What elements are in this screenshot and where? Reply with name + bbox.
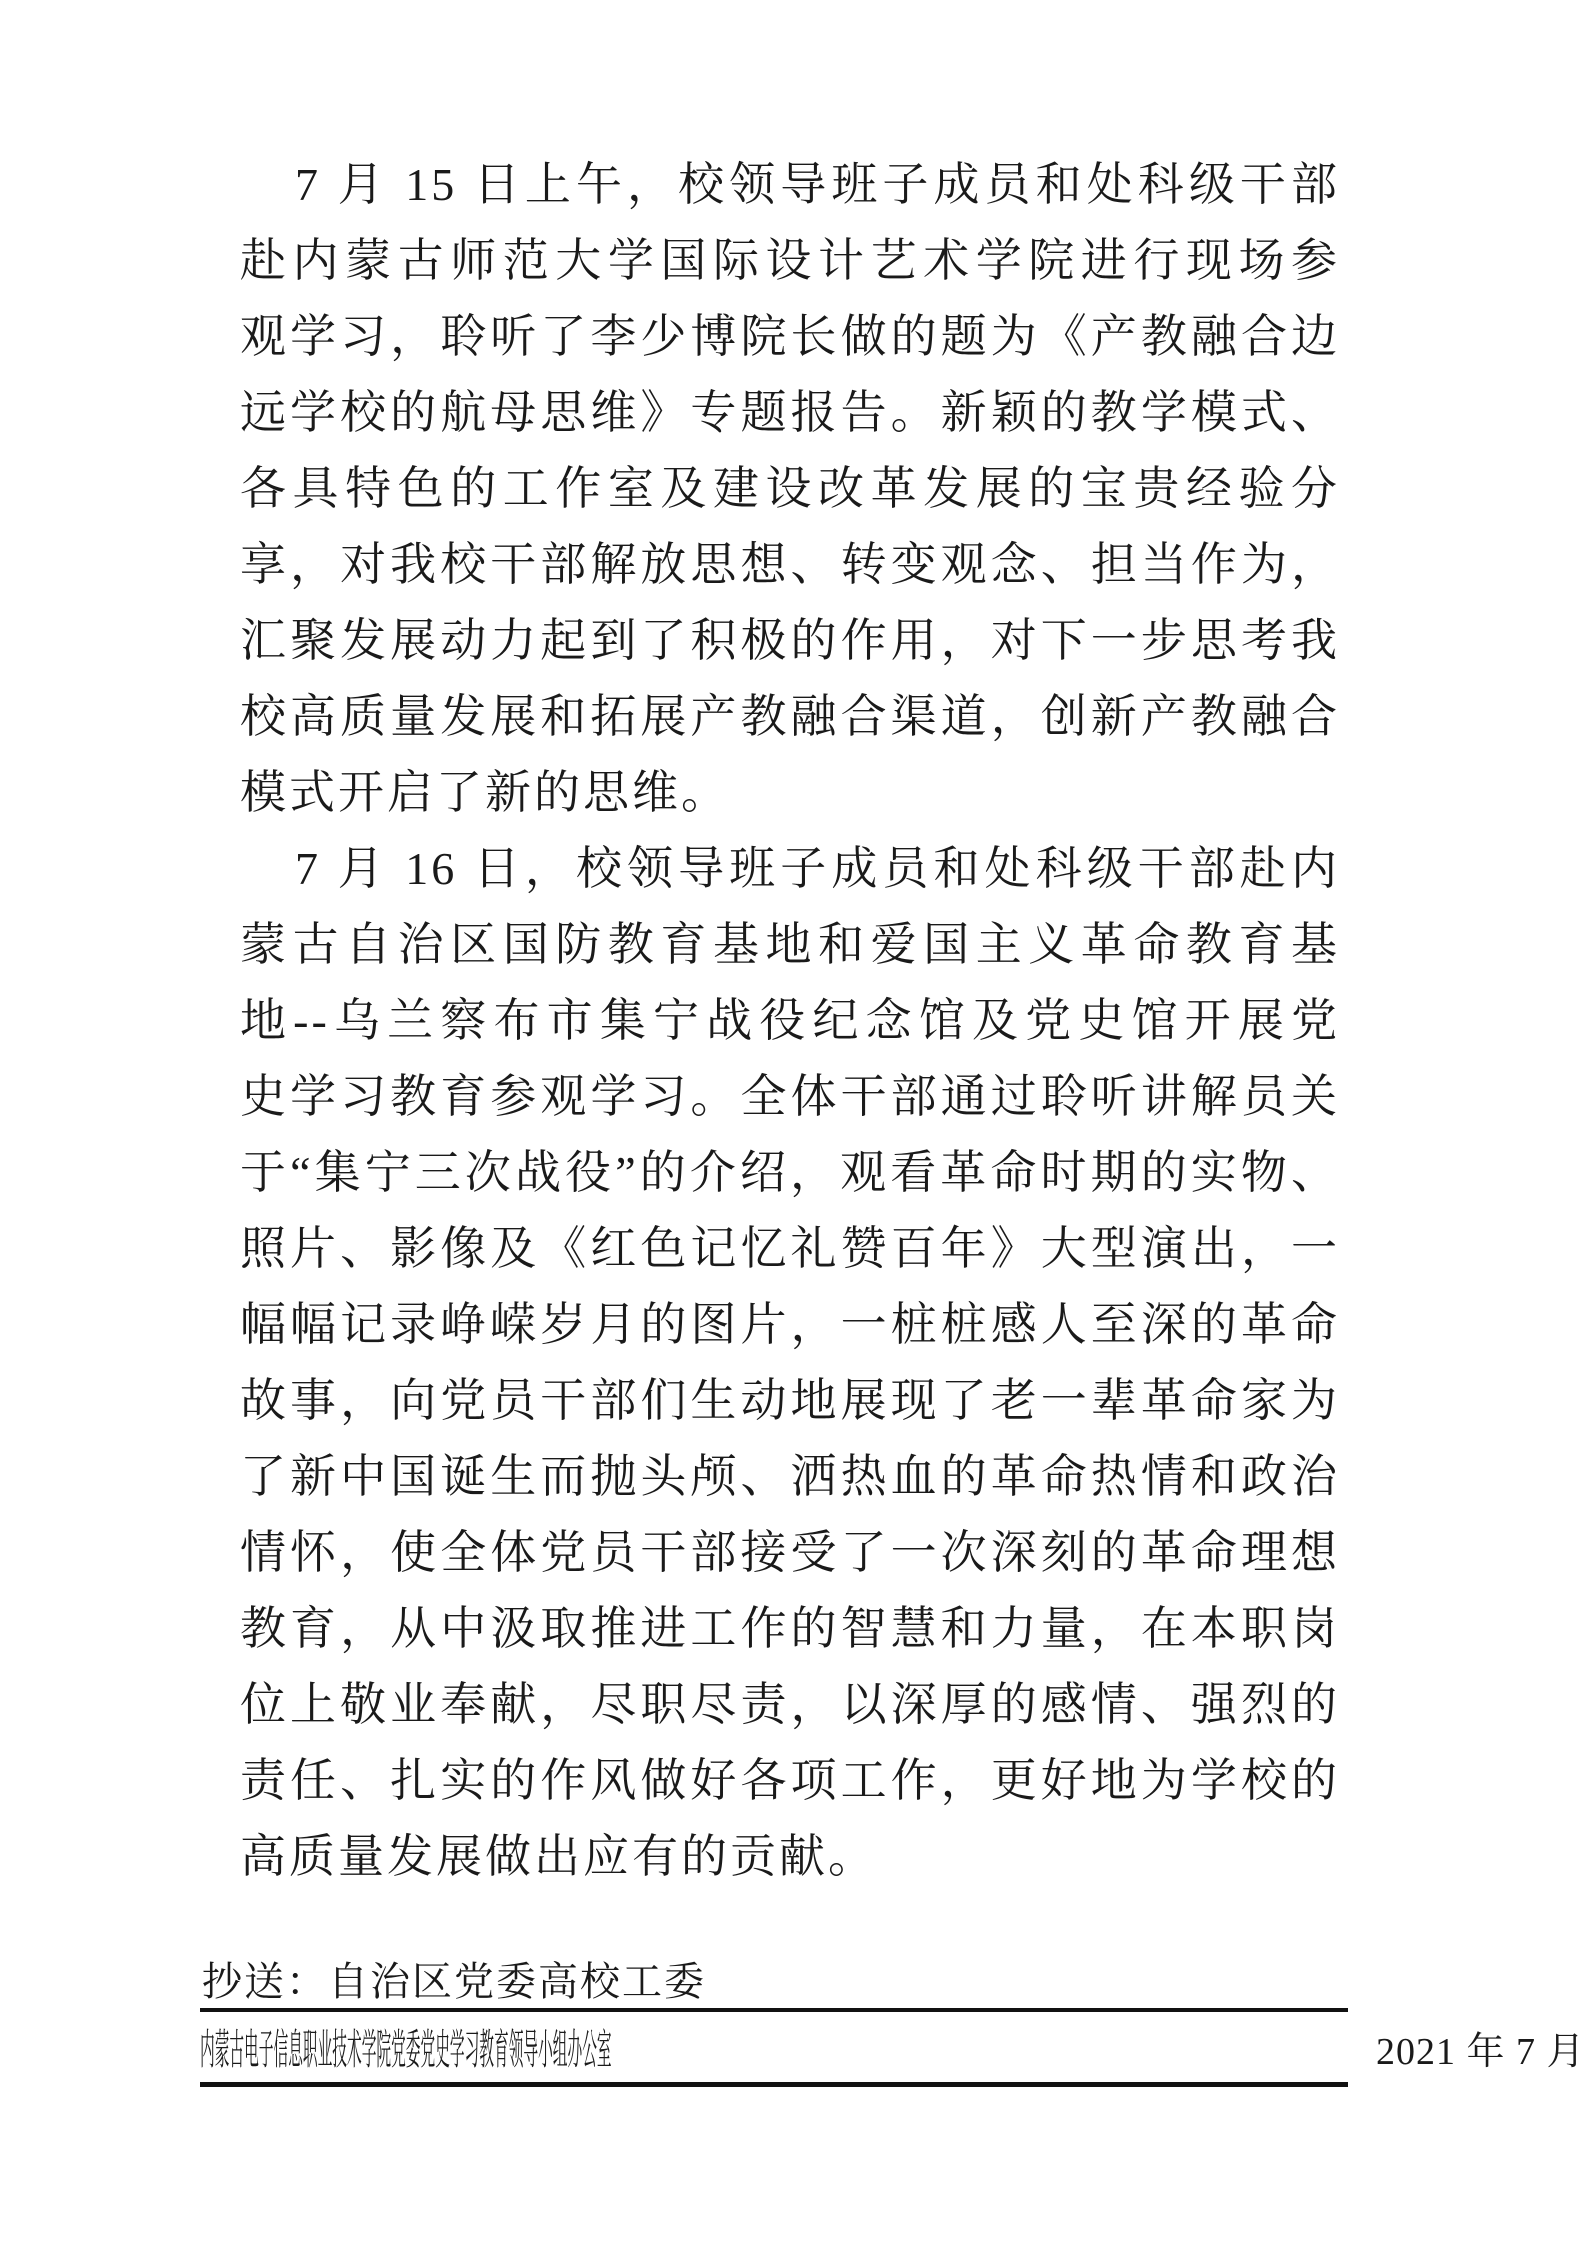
copy-to-line: 抄送：自治区党委高校工委: [200, 1956, 1348, 2008]
body-line: 校高质量发展和拓展产教融合渠道，创新产教融合: [240, 679, 1340, 755]
document-body: 7 月 15 日上午，校领导班子成员和处科级干部赴内蒙古师范大学国际设计艺术学院…: [240, 147, 1340, 1895]
body-line: 故事，向党员干部们生动地展现了老一辈革命家为: [240, 1363, 1340, 1439]
body-line: 地--乌兰察布市集宁战役纪念馆及党史馆开展党: [240, 983, 1340, 1059]
body-line: 赴内蒙古师范大学国际设计艺术学院进行现场参: [240, 223, 1340, 299]
print-date: 2021 年 7 月 18 日印发: [1376, 2020, 1587, 2075]
body-line: 7 月 16 日，校领导班子成员和处科级干部赴内: [240, 831, 1340, 907]
body-line: 幅幅记录峥嵘岁月的图片，一桩桩感人至深的革命: [240, 1287, 1340, 1363]
body-line: 享，对我校干部解放思想、转变观念、担当作为，: [240, 527, 1340, 603]
body-line: 位上敬业奉献，尽职尽责，以深厚的感情、强烈的: [240, 1667, 1340, 1743]
body-line: 情怀，使全体党员干部接受了一次深刻的革命理想: [240, 1515, 1340, 1591]
body-line: 了新中国诞生而抛头颅、洒热血的革命热情和政治: [240, 1439, 1340, 1515]
body-line: 观学习，聆听了李少博院长做的题为《产教融合边: [240, 299, 1340, 375]
body-line: 高质量发展做出应有的贡献。: [240, 1819, 1340, 1895]
body-line: 远学校的航母思维》专题报告。新颖的教学模式、: [240, 375, 1340, 451]
document-page: 7 月 15 日上午，校领导班子成员和处科级干部赴内蒙古师范大学国际设计艺术学院…: [0, 0, 1587, 2245]
issuer-row: 内蒙古电子信息职业技术学院党委党史学习教育领导小组办公室 2021 年 7 月 …: [200, 2012, 1348, 2087]
body-line: 责任、扎实的作风做好各项工作，更好地为学校的: [240, 1743, 1340, 1819]
body-line: 蒙古自治区国防教育基地和爱国主义革命教育基: [240, 907, 1340, 983]
body-line: 史学习教育参观学习。全体干部通过聆听讲解员关: [240, 1059, 1340, 1135]
body-line: 模式开启了新的思维。: [240, 755, 1340, 831]
body-line: 7 月 15 日上午，校领导班子成员和处科级干部: [240, 147, 1340, 223]
document-footer: 抄送：自治区党委高校工委 内蒙古电子信息职业技术学院党委党史学习教育领导小组办公…: [200, 1956, 1348, 2087]
body-line: 各具特色的工作室及建设改革发展的宝贵经验分: [240, 451, 1340, 527]
body-line: 于“集宁三次战役”的介绍，观看革命时期的实物、: [240, 1135, 1340, 1211]
body-line: 汇聚发展动力起到了积极的作用，对下一步思考我: [240, 603, 1340, 679]
issuer-name: 内蒙古电子信息职业技术学院党委党史学习教育领导小组办公室: [200, 2017, 612, 2077]
body-line: 教育，从中汲取推进工作的智慧和力量，在本职岗: [240, 1591, 1340, 1667]
body-line: 照片、影像及《红色记忆礼赞百年》大型演出，一: [240, 1211, 1340, 1287]
